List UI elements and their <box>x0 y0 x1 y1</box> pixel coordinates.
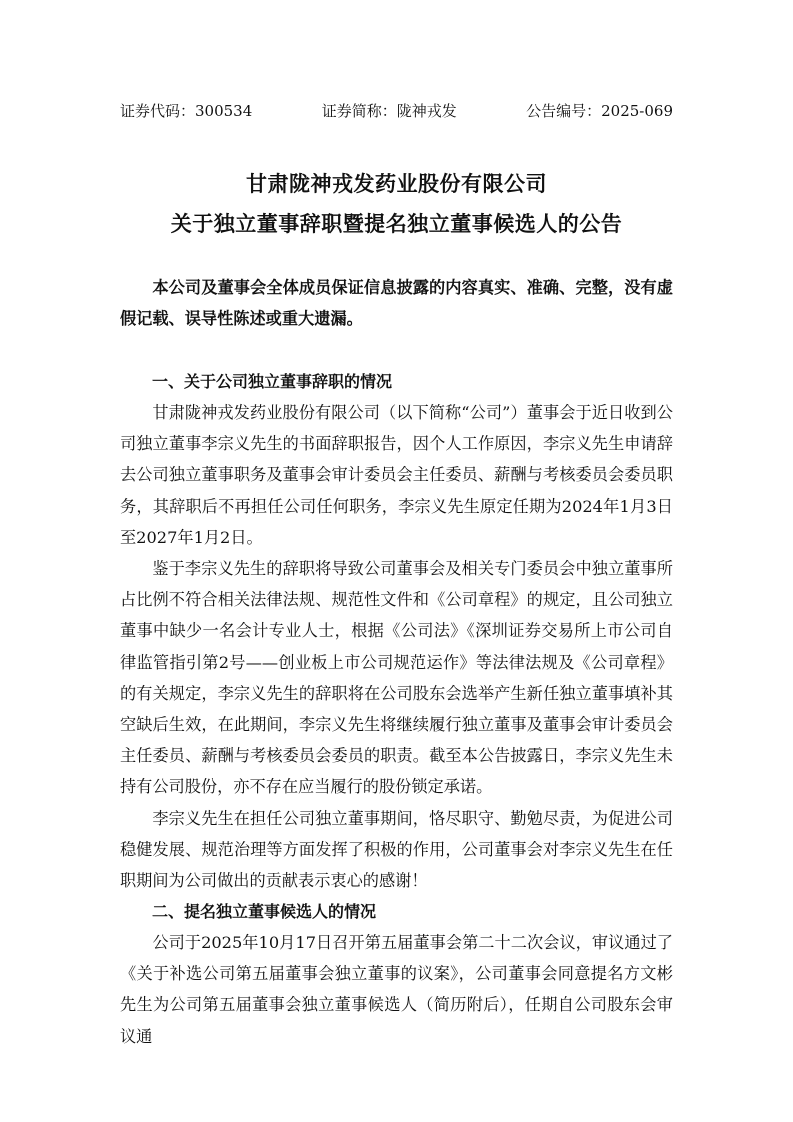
section-1-heading: 一、关于公司独立董事辞职的情况 <box>120 366 673 397</box>
disclaimer-statement: 本公司及董事会全体成员保证信息披露的内容真实、准确、完整，没有虚假记载、误导性陈… <box>120 272 673 334</box>
section-2-paragraph-1: 公司于2025年10月17日召开第五届董事会第二十二次会议，审议通过了《关于补选… <box>120 927 673 1052</box>
document-header: 证券代码：300534 证券简称：陇神戎发 公告编号：2025-069 <box>120 100 673 121</box>
section-1-paragraph-2: 鉴于李宗义先生的辞职将导致公司董事会及相关专门委员会中独立董事所占比例不符合相关… <box>120 553 673 803</box>
notice-title: 关于独立董事辞职暨提名独立董事候选人的公告 <box>0 208 793 238</box>
stock-code: 证券代码：300534 <box>120 100 252 121</box>
notice-number: 公告编号：2025-069 <box>526 100 673 121</box>
section-1-paragraph-1: 甘肃陇神戎发药业股份有限公司（以下简称“公司”）董事会于近日收到公司独立董事李宗… <box>120 397 673 553</box>
section-1-paragraph-3: 李宗义先生在担任公司独立董事期间，恪尽职守、勤勉尽责，为促进公司稳健发展、规范治… <box>120 803 673 897</box>
section-2-heading: 二、提名独立董事候选人的情况 <box>120 896 673 927</box>
stock-abbreviation: 证券简称：陇神戎发 <box>322 100 457 121</box>
company-title: 甘肃陇神戎发药业股份有限公司 <box>0 168 793 198</box>
